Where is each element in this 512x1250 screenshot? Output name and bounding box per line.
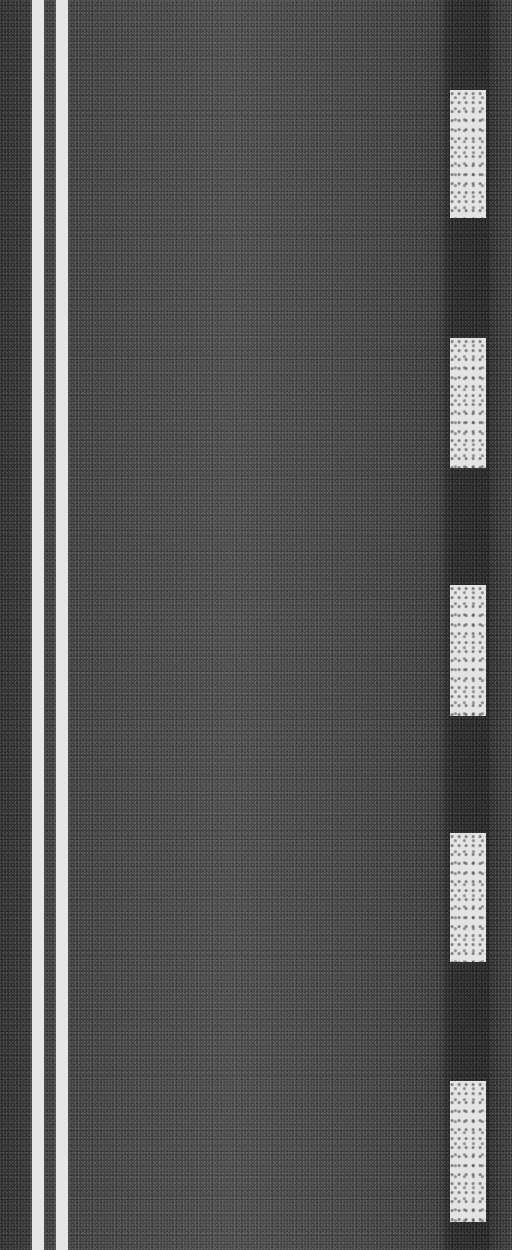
- left-shoulder: [0, 0, 30, 1250]
- lane-dash: [450, 585, 486, 716]
- lane-dash: [450, 1081, 486, 1222]
- lane-dash: [450, 90, 486, 218]
- lane-dash: [450, 338, 486, 468]
- lane-dash: [450, 833, 486, 962]
- double-solid-line-right: [56, 0, 68, 1250]
- road-surface: [0, 0, 512, 1250]
- double-solid-line-left: [32, 0, 44, 1250]
